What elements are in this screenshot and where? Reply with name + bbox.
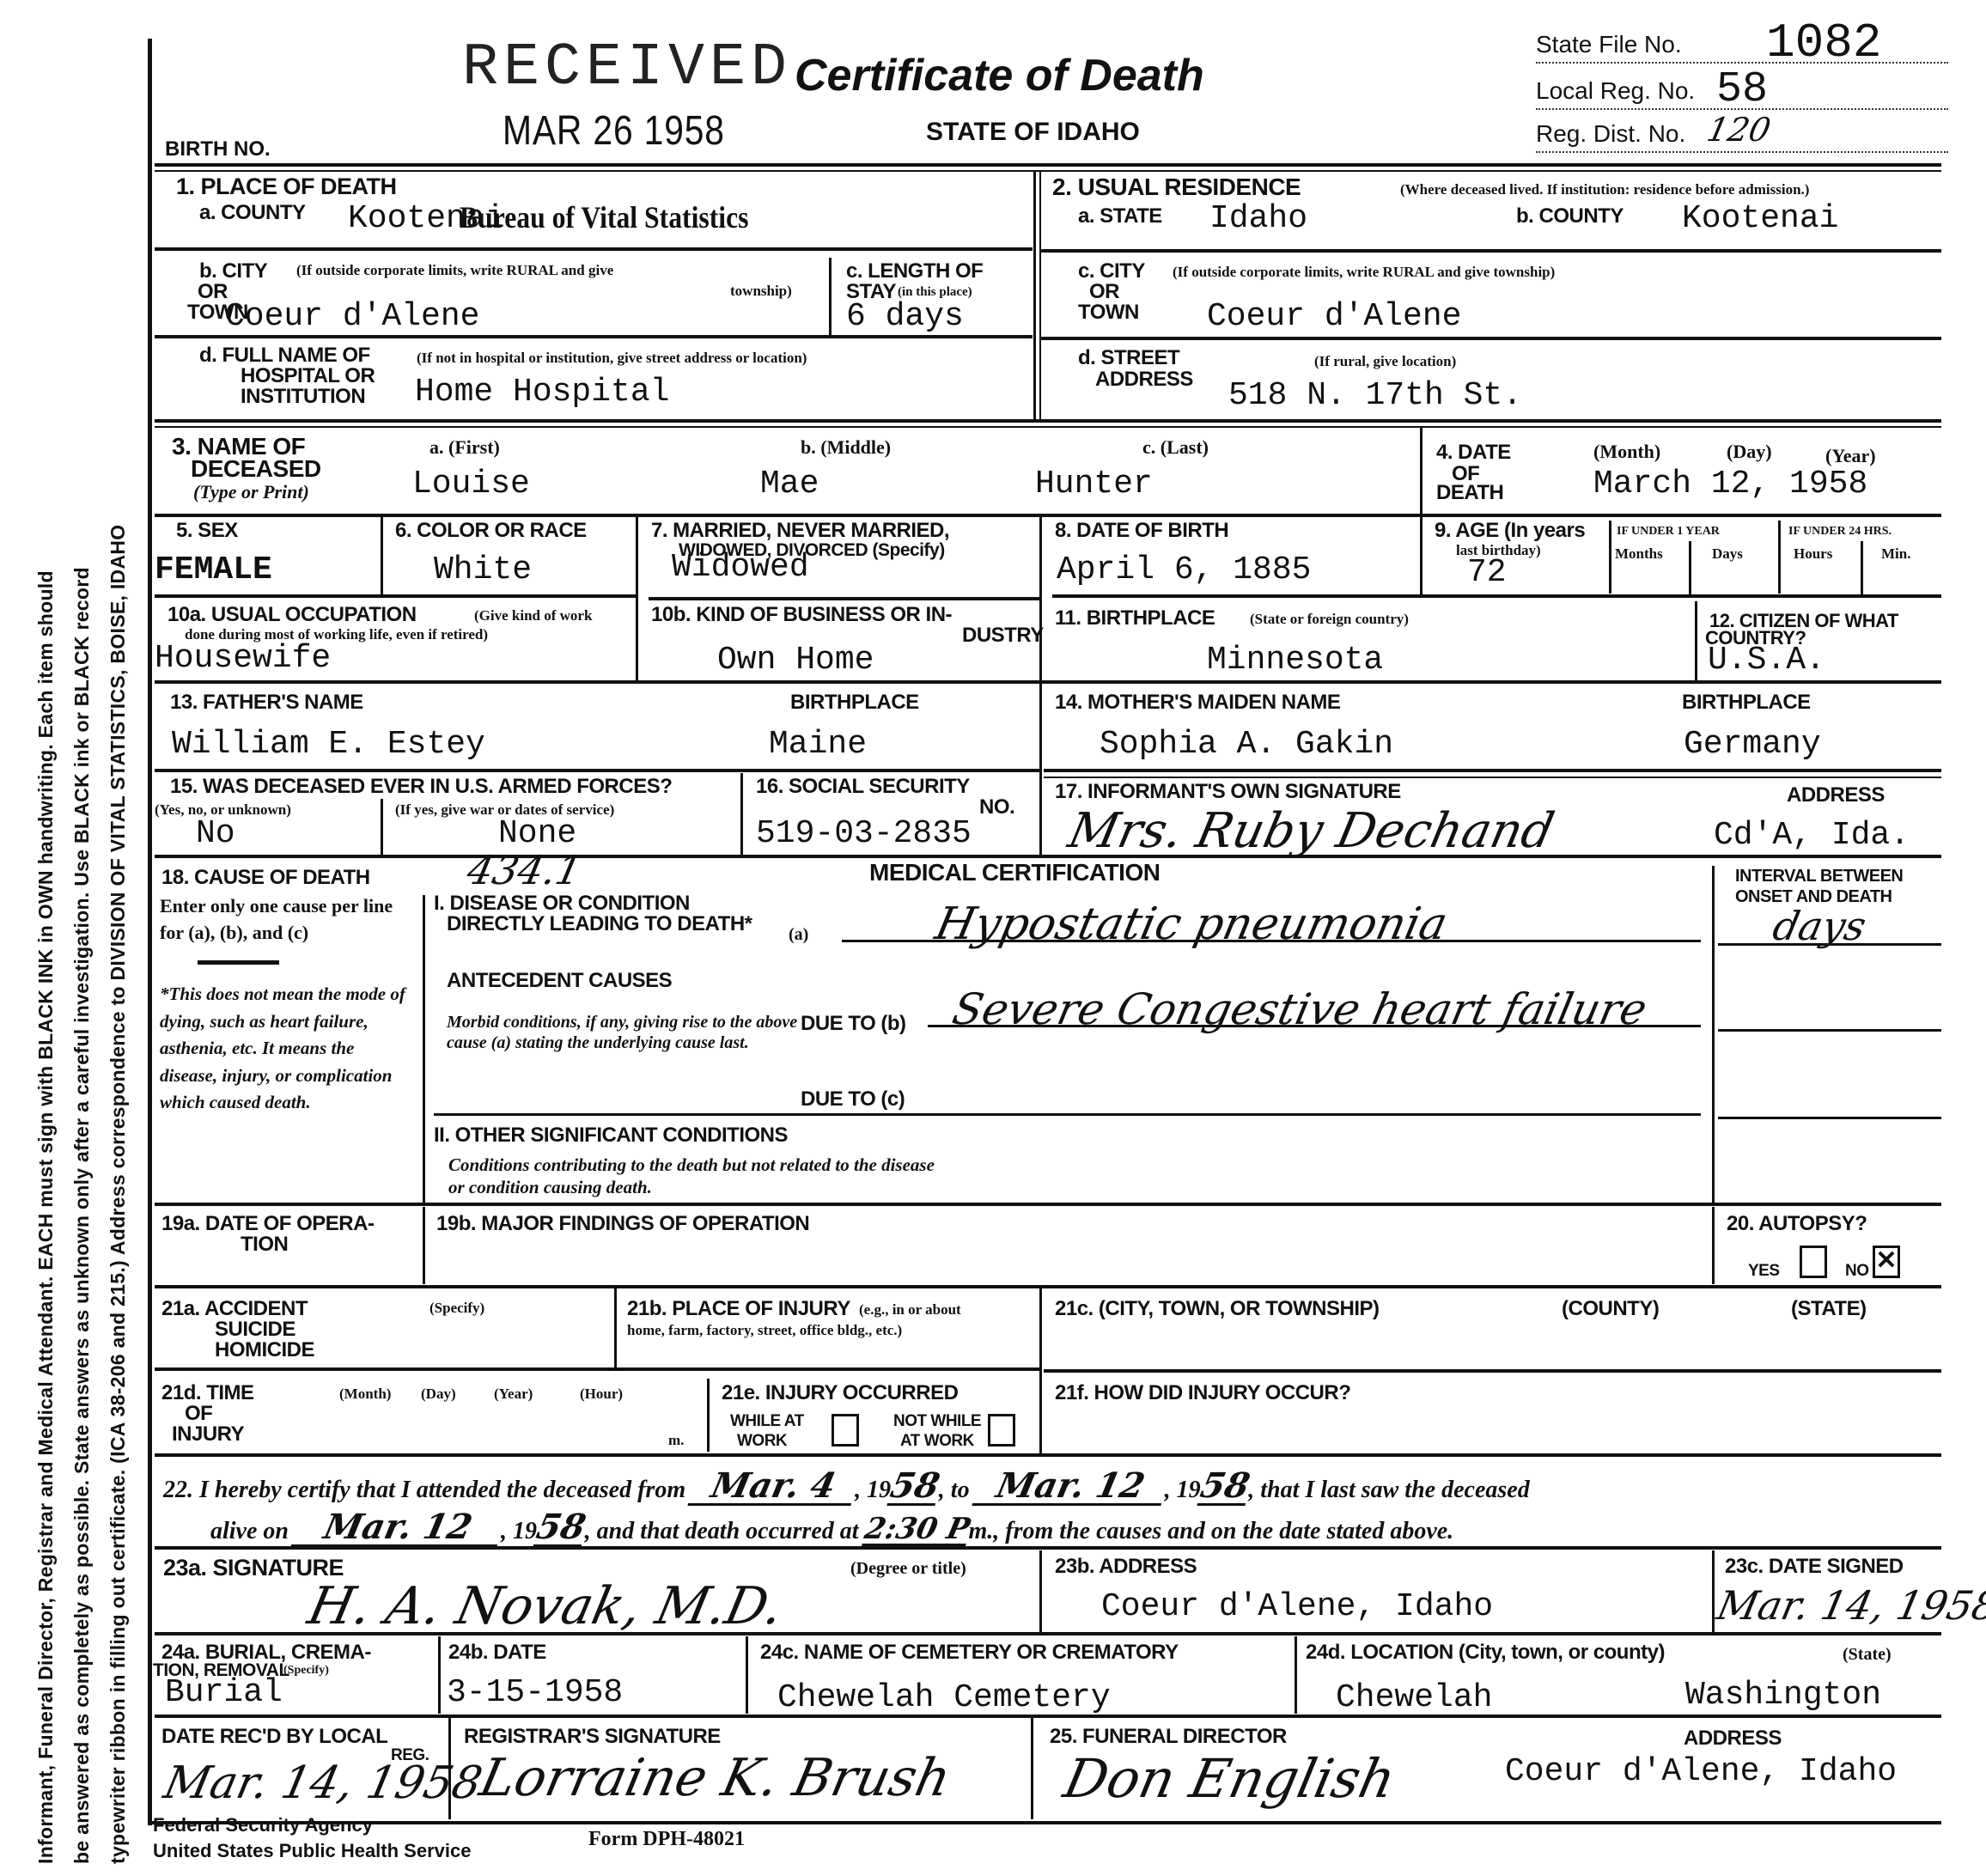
place-injury-hint2: home, farm, factory, street, office bldg… [627, 1323, 902, 1337]
header-divider-2 [155, 170, 1941, 172]
cemetery-label: 24c. NAME OF CEMETERY OR CREMATORY [760, 1642, 1179, 1663]
other-conditions-label: II. OTHER SIGNIFICANT CONDITIONS [434, 1125, 788, 1146]
certify-text-6: alive on [210, 1518, 289, 1544]
certify-to-year: 58 [1197, 1469, 1252, 1506]
death-city-hint: (If outside corporate limits, write RURA… [296, 263, 613, 277]
hospital-label2: HOSPITAL OR [241, 366, 375, 387]
name-hint: (Type or Print) [193, 481, 309, 503]
certify-text-5: , that I last saw the deceased [1248, 1477, 1529, 1503]
informant-address-value: Cd'A, Ida. [1714, 819, 1910, 852]
under-day-label: IF UNDER 24 HRS. [1788, 526, 1892, 538]
document-title: Certificate of Death [795, 50, 1204, 101]
interval-value: days [1770, 906, 1869, 946]
rule-14 [1044, 769, 1941, 772]
certify-to-date: Mar. 12 [972, 1469, 1168, 1506]
cause-instructions: Enter only one cause per line for (a), (… [160, 893, 417, 947]
rule-14b [1044, 777, 1941, 778]
informant-signature: Mrs. Ruby Dechand [1064, 807, 1558, 856]
res-county-value: Kootenai [1682, 203, 1838, 235]
stay-hint: (in this place) [898, 286, 972, 299]
occurred-label: 21e. INJURY OCCURRED [722, 1383, 958, 1404]
time-injury-label2: OF [185, 1404, 212, 1424]
date-signed-value: Mar. 14, 1958 [1714, 1586, 1986, 1625]
death-city-label: b. CITY [199, 261, 267, 282]
certify-text-8: , and that death occurred at [585, 1518, 859, 1544]
checkmark-x-icon: ✕ [1875, 1246, 1897, 1275]
stay-divider [829, 258, 832, 335]
under-year-label: IF UNDER 1 YEAR [1617, 526, 1720, 538]
not-while-at-work-checkbox[interactable] [988, 1414, 1015, 1447]
dod-day-label: (Day) [1727, 442, 1772, 461]
dob-value: April 6, 1885 [1057, 554, 1311, 587]
op-date-label2: TION [241, 1234, 288, 1255]
received-date-stamp: MAR 26 1958 [503, 107, 725, 155]
res-county-label: b. COUNTY [1516, 206, 1624, 227]
cause-short-rule [198, 960, 279, 965]
funeral-address-label: ADDRESS [1684, 1728, 1782, 1749]
cemetery-divider [746, 1636, 748, 1714]
age-label: 9. AGE (In years [1435, 521, 1585, 541]
cause-c-rule [434, 1113, 1701, 1116]
armed-label: 15. WAS DECEASED EVER IN U.S. ARMED FORC… [170, 777, 672, 797]
father-label: 13. FATHER'S NAME [170, 692, 363, 713]
autopsy-label: 20. AUTOPSY? [1727, 1214, 1867, 1234]
first-name-value: Louise [412, 468, 530, 501]
rule-2b [1041, 337, 1941, 340]
burial-method-value: Burial [165, 1677, 283, 1709]
date-recd-label: DATE REC'D BY LOCAL [161, 1727, 387, 1747]
local-reg-no: Local Reg. No. 58 [1536, 77, 1948, 110]
sidebar-instructions-line2: be answered as completely as possible. S… [70, 567, 94, 1864]
location-label: 24d. LOCATION (City, town, or county) [1306, 1642, 1665, 1663]
armed-service-value: None [498, 818, 576, 850]
ssn-label2: NO. [979, 797, 1014, 818]
antecedent-label: ANTECEDENT CAUSES [447, 971, 672, 991]
marital-value: Widowed [672, 551, 809, 584]
medical-title: MEDICAL CERTIFICATION [869, 861, 1160, 885]
disease-label: I. DISEASE OR CONDITION [434, 893, 690, 914]
autopsy-no-checkbox[interactable]: ✕ [1873, 1246, 1900, 1278]
middle-name-label: b. (Middle) [801, 438, 891, 457]
interval-divider [1712, 866, 1715, 1205]
burial-date-label: 24b. DATE [448, 1642, 546, 1663]
ssn-divider [740, 773, 743, 855]
race-value: White [434, 554, 532, 587]
rule-1a [155, 247, 1033, 251]
local-reg-value: 58 [1716, 69, 1768, 112]
rule-18 [155, 1203, 1941, 1206]
marital-divider [1039, 515, 1042, 683]
birthplace-divider [1695, 601, 1697, 683]
rule-3-top [155, 419, 1941, 423]
business-label2: DUSTRY [962, 625, 1044, 646]
occupation-value: Housewife [155, 643, 331, 675]
registrar-signature: Lorraine K. Brush [476, 1752, 955, 1804]
certify-text-2: , 19 [855, 1477, 891, 1503]
business-value: Own Home [717, 644, 874, 677]
residence-title: 2. USUAL RESIDENCE [1052, 175, 1301, 199]
res-street-label: d. STREET [1078, 348, 1179, 368]
rule-5b [649, 597, 1039, 600]
sidebar-instructions-line1: Informant, Funeral Director, Registrar a… [34, 570, 58, 1864]
birthplace-value: Minnesota [1207, 644, 1383, 677]
due-c-label: DUE TO (c) [801, 1089, 905, 1110]
certify-text-7: , 19 [501, 1518, 537, 1544]
first-name-label: a. (First) [429, 438, 500, 457]
father-birthplace-label: BIRTHPLACE [790, 692, 919, 713]
death-city-value: Coeur d'Alene [225, 301, 479, 333]
due-b-label: DUE TO (b) [801, 1014, 906, 1034]
sidebar-instructions-line3: typewriter ribbon in filling out certifi… [107, 525, 130, 1864]
injury-state-label: (STATE) [1791, 1299, 1867, 1319]
rule-5 [155, 594, 636, 598]
rule-2a [1041, 249, 1941, 253]
mother-label: 14. MOTHER'S MAIDEN NAME [1055, 692, 1340, 713]
burial-date-value: 3-15-1958 [447, 1677, 623, 1709]
injury-city-divider [1039, 1288, 1042, 1456]
section-divider [1033, 172, 1036, 421]
reg-dist-label: Reg. Dist. No. [1536, 120, 1685, 147]
dod-month-label: (Month) [1593, 442, 1660, 461]
homicide-label: HOMICIDE [215, 1340, 314, 1361]
autopsy-no-label: NO [1845, 1263, 1869, 1279]
hospital-label3: INSTITUTION [241, 387, 365, 407]
certify-text-3: , to [939, 1477, 970, 1503]
while-at-work-checkbox[interactable] [832, 1414, 859, 1447]
cause-code: 434.1 [464, 850, 585, 890]
time-year-label: (Year) [494, 1386, 533, 1401]
res-state-label: a. STATE [1078, 206, 1162, 227]
autopsy-divider [1712, 1207, 1715, 1284]
rule-3-top-b [155, 426, 1941, 428]
age-divider [1609, 521, 1611, 594]
location-value: Chewelah [1336, 1682, 1492, 1715]
funeral-address-value: Coeur d'Alene, Idaho [1505, 1756, 1897, 1788]
hours-label: Hours [1794, 546, 1832, 561]
ssn-value: 519-03-2835 [756, 818, 972, 850]
time-injury-label: 21d. TIME [161, 1383, 254, 1404]
res-street-label2: ADDRESS [1095, 369, 1193, 390]
dod-year-label: (Year) [1825, 447, 1876, 466]
occurred-divider [707, 1379, 710, 1452]
certify-text-4: , 19 [1165, 1477, 1201, 1503]
min-label: Min. [1881, 546, 1910, 561]
at-work-label: AT WORK [900, 1433, 974, 1449]
certify-from-year: 58 [887, 1469, 943, 1506]
registrar-divider [448, 1718, 451, 1819]
form-bottom-border [148, 1821, 1941, 1824]
rule-23 [155, 1632, 1941, 1635]
local-reg-label: Local Reg. No. [1536, 77, 1695, 104]
place-injury-hint: (e.g., in or about [859, 1302, 961, 1317]
form-left-border [148, 39, 152, 1825]
father-divider [1039, 683, 1042, 855]
res-city-or: OR [1089, 282, 1119, 302]
father-value: William E. Estey [172, 728, 485, 761]
funeral-director-label: 25. FUNERAL DIRECTOR [1050, 1727, 1287, 1747]
interval-rule-a [1718, 943, 1941, 946]
bureau-stamp: Bureau of Vital Statistics [460, 199, 748, 235]
age-value: 72 [1467, 557, 1507, 589]
dod-label3: DEATH [1436, 483, 1503, 503]
interval-rule-b [1718, 1029, 1941, 1032]
burial-state-value: Washington [1685, 1679, 1881, 1712]
op-date-label: 19a. DATE OF OPERA- [161, 1214, 374, 1234]
time-day-label: (Day) [421, 1386, 456, 1401]
interval-label: INTERVAL BETWEEN [1735, 868, 1903, 885]
reg-dist-value: 120 [1704, 113, 1774, 146]
father-birthplace-value: Maine [769, 728, 867, 761]
degree-label: (Degree or title) [850, 1560, 966, 1577]
place-injury-label: 21b. PLACE OF INJURY [627, 1299, 850, 1319]
state-file-no: State File No. 1082 [1536, 31, 1948, 64]
dob-divider [1420, 515, 1422, 594]
injury-county-label: (COUNTY) [1562, 1299, 1659, 1319]
disease-label2: DIRECTLY LEADING TO DEATH* [447, 914, 752, 935]
sex-value: FEMALE [155, 554, 272, 587]
state-file-label: State File No. [1536, 31, 1682, 58]
res-street-hint: (If rural, give location) [1314, 354, 1456, 368]
mother-birthplace-label: BIRTHPLACE [1682, 692, 1811, 713]
cause-note: *This does not mean the mode of dying, s… [160, 981, 409, 1117]
header-divider [155, 163, 1941, 167]
cause-a-label: (a) [789, 926, 808, 943]
months-label: Months [1615, 546, 1663, 561]
marital-label: 7. MARRIED, NEVER MARRIED, [651, 521, 949, 541]
place-injury-divider [614, 1288, 617, 1367]
footer-form-number: Form DPH-48021 [588, 1828, 745, 1851]
director-divider [1031, 1718, 1033, 1819]
sex-label: 5. SEX [176, 521, 238, 541]
while-at-work-label: WHILE AT [730, 1413, 804, 1429]
hospital-label: d. FULL NAME OF [199, 345, 370, 366]
cemetery-value: Chewelah Cemetery [777, 1682, 1111, 1715]
last-name-label: c. (Last) [1142, 438, 1209, 457]
res-city-value: Coeur d'Alene [1207, 301, 1461, 333]
dod-value: March 12, 1958 [1593, 468, 1867, 501]
footer-service: United States Public Health Service [153, 1840, 471, 1862]
date-signed-label: 23c. DATE SIGNED [1725, 1556, 1904, 1577]
armed-divider [381, 799, 383, 855]
op-findings-label: 19b. MAJOR FINDINGS OF OPERATION [436, 1214, 809, 1234]
certify-time: 2:30 P [862, 1514, 972, 1546]
mother-value: Sophia A. Gakin [1100, 728, 1393, 761]
registrar-label: REGISTRAR'S SIGNATURE [464, 1727, 721, 1747]
burial-state-label: (State) [1843, 1646, 1892, 1663]
days-divider [1778, 521, 1781, 594]
certify-text-1: 22. I hereby certify that I attended the… [163, 1477, 685, 1503]
burial-method-specify: (Specify) [283, 1665, 329, 1677]
birthplace-label: 11. BIRTHPLACE [1055, 608, 1215, 629]
autopsy-yes-checkbox[interactable] [1800, 1246, 1827, 1278]
interval-rule-c [1718, 1117, 1941, 1119]
birth-no-label: BIRTH NO. [165, 137, 271, 161]
reg-dist-no: Reg. Dist. No. 120 [1536, 120, 1948, 153]
dod-label: 4. DATE [1436, 442, 1511, 463]
months-divider [1689, 541, 1691, 594]
days-label: Days [1712, 546, 1743, 561]
rule-21d [155, 1453, 1941, 1457]
rule-22 [155, 1546, 1941, 1550]
death-county-label: a. COUNTY [199, 203, 306, 223]
physician-address-label: 23b. ADDRESS [1055, 1556, 1197, 1577]
not-while-label: NOT WHILE [893, 1413, 981, 1429]
injury-city-label: 21c. (CITY, TOWN, OR TOWNSHIP) [1055, 1299, 1379, 1319]
physician-signature: H. A. Novak, M.D. [304, 1581, 788, 1632]
certify-alive-year: 58 [533, 1510, 588, 1547]
birthplace-hint: (State or foreign country) [1250, 612, 1409, 626]
how-injury-label: 21f. HOW DID INJURY OCCUR? [1055, 1383, 1350, 1404]
op-divider [423, 1207, 425, 1284]
certify-line2: alive on Mar. 12, 1958, and that death o… [210, 1510, 1453, 1547]
rule-21a [155, 1367, 1039, 1371]
middle-name-value: Mae [760, 468, 819, 501]
time-injury-label3: INJURY [172, 1424, 244, 1445]
place-of-death-title: 1. PLACE OF DEATH [176, 175, 397, 198]
dod-divider [1420, 428, 1422, 514]
occupation-label: 10a. USUAL OCCUPATION [168, 605, 417, 625]
hospital-value: Home Hospital [415, 376, 669, 409]
rule-1b [155, 335, 1033, 338]
hospital-hint: (If not in hospital or institution, give… [417, 350, 807, 365]
death-city-hint2: township) [730, 283, 792, 298]
rule-15 [155, 855, 1941, 858]
morbid-note: Morbid conditions, if any, giving rise t… [447, 1012, 799, 1053]
rule-5c [1052, 594, 1941, 598]
death-city-or: OR [198, 282, 228, 302]
stay-label: c. LENGTH OF [846, 261, 983, 282]
informant-label: 17. INFORMANT'S OWN SIGNATURE [1055, 782, 1401, 802]
res-city-hint: (If outside corporate limits, write RURA… [1173, 265, 1555, 279]
work-label: WORK [737, 1433, 787, 1449]
business-label: 10b. KIND OF BUSINESS OR IN- [651, 605, 952, 625]
accident-specify: (Specify) [429, 1300, 484, 1315]
rule-10 [155, 680, 1941, 684]
dob-label: 8. DATE OF BIRTH [1055, 521, 1228, 541]
suicide-label: SUICIDE [215, 1319, 295, 1340]
certify-text-9: m., from the causes and on the date stat… [969, 1518, 1454, 1544]
location-divider [1295, 1636, 1297, 1714]
race-label: 6. COLOR OR RACE [395, 521, 587, 541]
res-street-value: 518 N. 17th St. [1228, 380, 1522, 412]
rule-21c [1044, 1369, 1941, 1373]
stay-value: 6 days [846, 301, 964, 333]
cause-a-rule [842, 940, 1701, 942]
certify-from-date: Mar. 4 [688, 1469, 859, 1506]
certify-alive-date: Mar. 12 [290, 1510, 504, 1547]
rule-19 [155, 1285, 1941, 1288]
funeral-director-signature: Don English [1059, 1752, 1399, 1806]
cause-label: 18. CAUSE OF DEATH [161, 868, 370, 888]
name-label2: DECEASED [191, 457, 321, 481]
informant-address-label: ADDRESS [1787, 785, 1885, 806]
mother-birthplace-value: Germany [1684, 728, 1821, 761]
citizen-value: U.S.A. [1708, 644, 1825, 677]
physician-address-value: Coeur d'Alene, Idaho [1101, 1591, 1493, 1623]
time-month-label: (Month) [339, 1386, 391, 1401]
time-hour-label: (Hour) [580, 1386, 623, 1401]
footer-agency: Federal Security Agency [153, 1814, 373, 1836]
certify-line1: 22. I hereby certify that I attended the… [163, 1469, 1530, 1506]
state-file-value: 1082 [1766, 19, 1881, 67]
sex-divider [381, 515, 383, 594]
received-stamp: RECEIVED [462, 34, 792, 102]
res-city-label: c. CITY [1078, 261, 1145, 282]
signature-divider [1039, 1550, 1042, 1632]
residence-hint: (Where deceased lived. If institution: r… [1400, 182, 1941, 198]
autopsy-yes-label: YES [1748, 1263, 1780, 1279]
res-state-value: Idaho [1209, 203, 1307, 235]
burial-date-divider [438, 1636, 441, 1714]
race-divider [636, 515, 638, 683]
cause-left-divider [423, 895, 425, 1204]
rule-24 [155, 1715, 1941, 1718]
cause-b-rule [928, 1025, 1701, 1027]
last-name-value: Hunter [1035, 468, 1153, 501]
res-city-town: TOWN [1078, 302, 1139, 323]
rule-13 [155, 769, 1039, 772]
rule-3 [155, 514, 1941, 517]
section-divider-b [1039, 172, 1041, 421]
ssn-label: 16. SOCIAL SECURITY [756, 777, 970, 797]
accident-label: 21a. ACCIDENT [161, 1299, 308, 1319]
date-recd-value: Mar. 14, 1958 [160, 1761, 485, 1806]
occupation-hint: (Give kind of work [474, 608, 592, 623]
armed-value: No [196, 818, 235, 850]
state-label: STATE OF IDAHO [926, 118, 1140, 147]
time-m-label: m. [668, 1433, 684, 1447]
other-conditions-note: Conditions contributing to the death but… [448, 1154, 947, 1199]
hours-divider [1861, 541, 1863, 594]
